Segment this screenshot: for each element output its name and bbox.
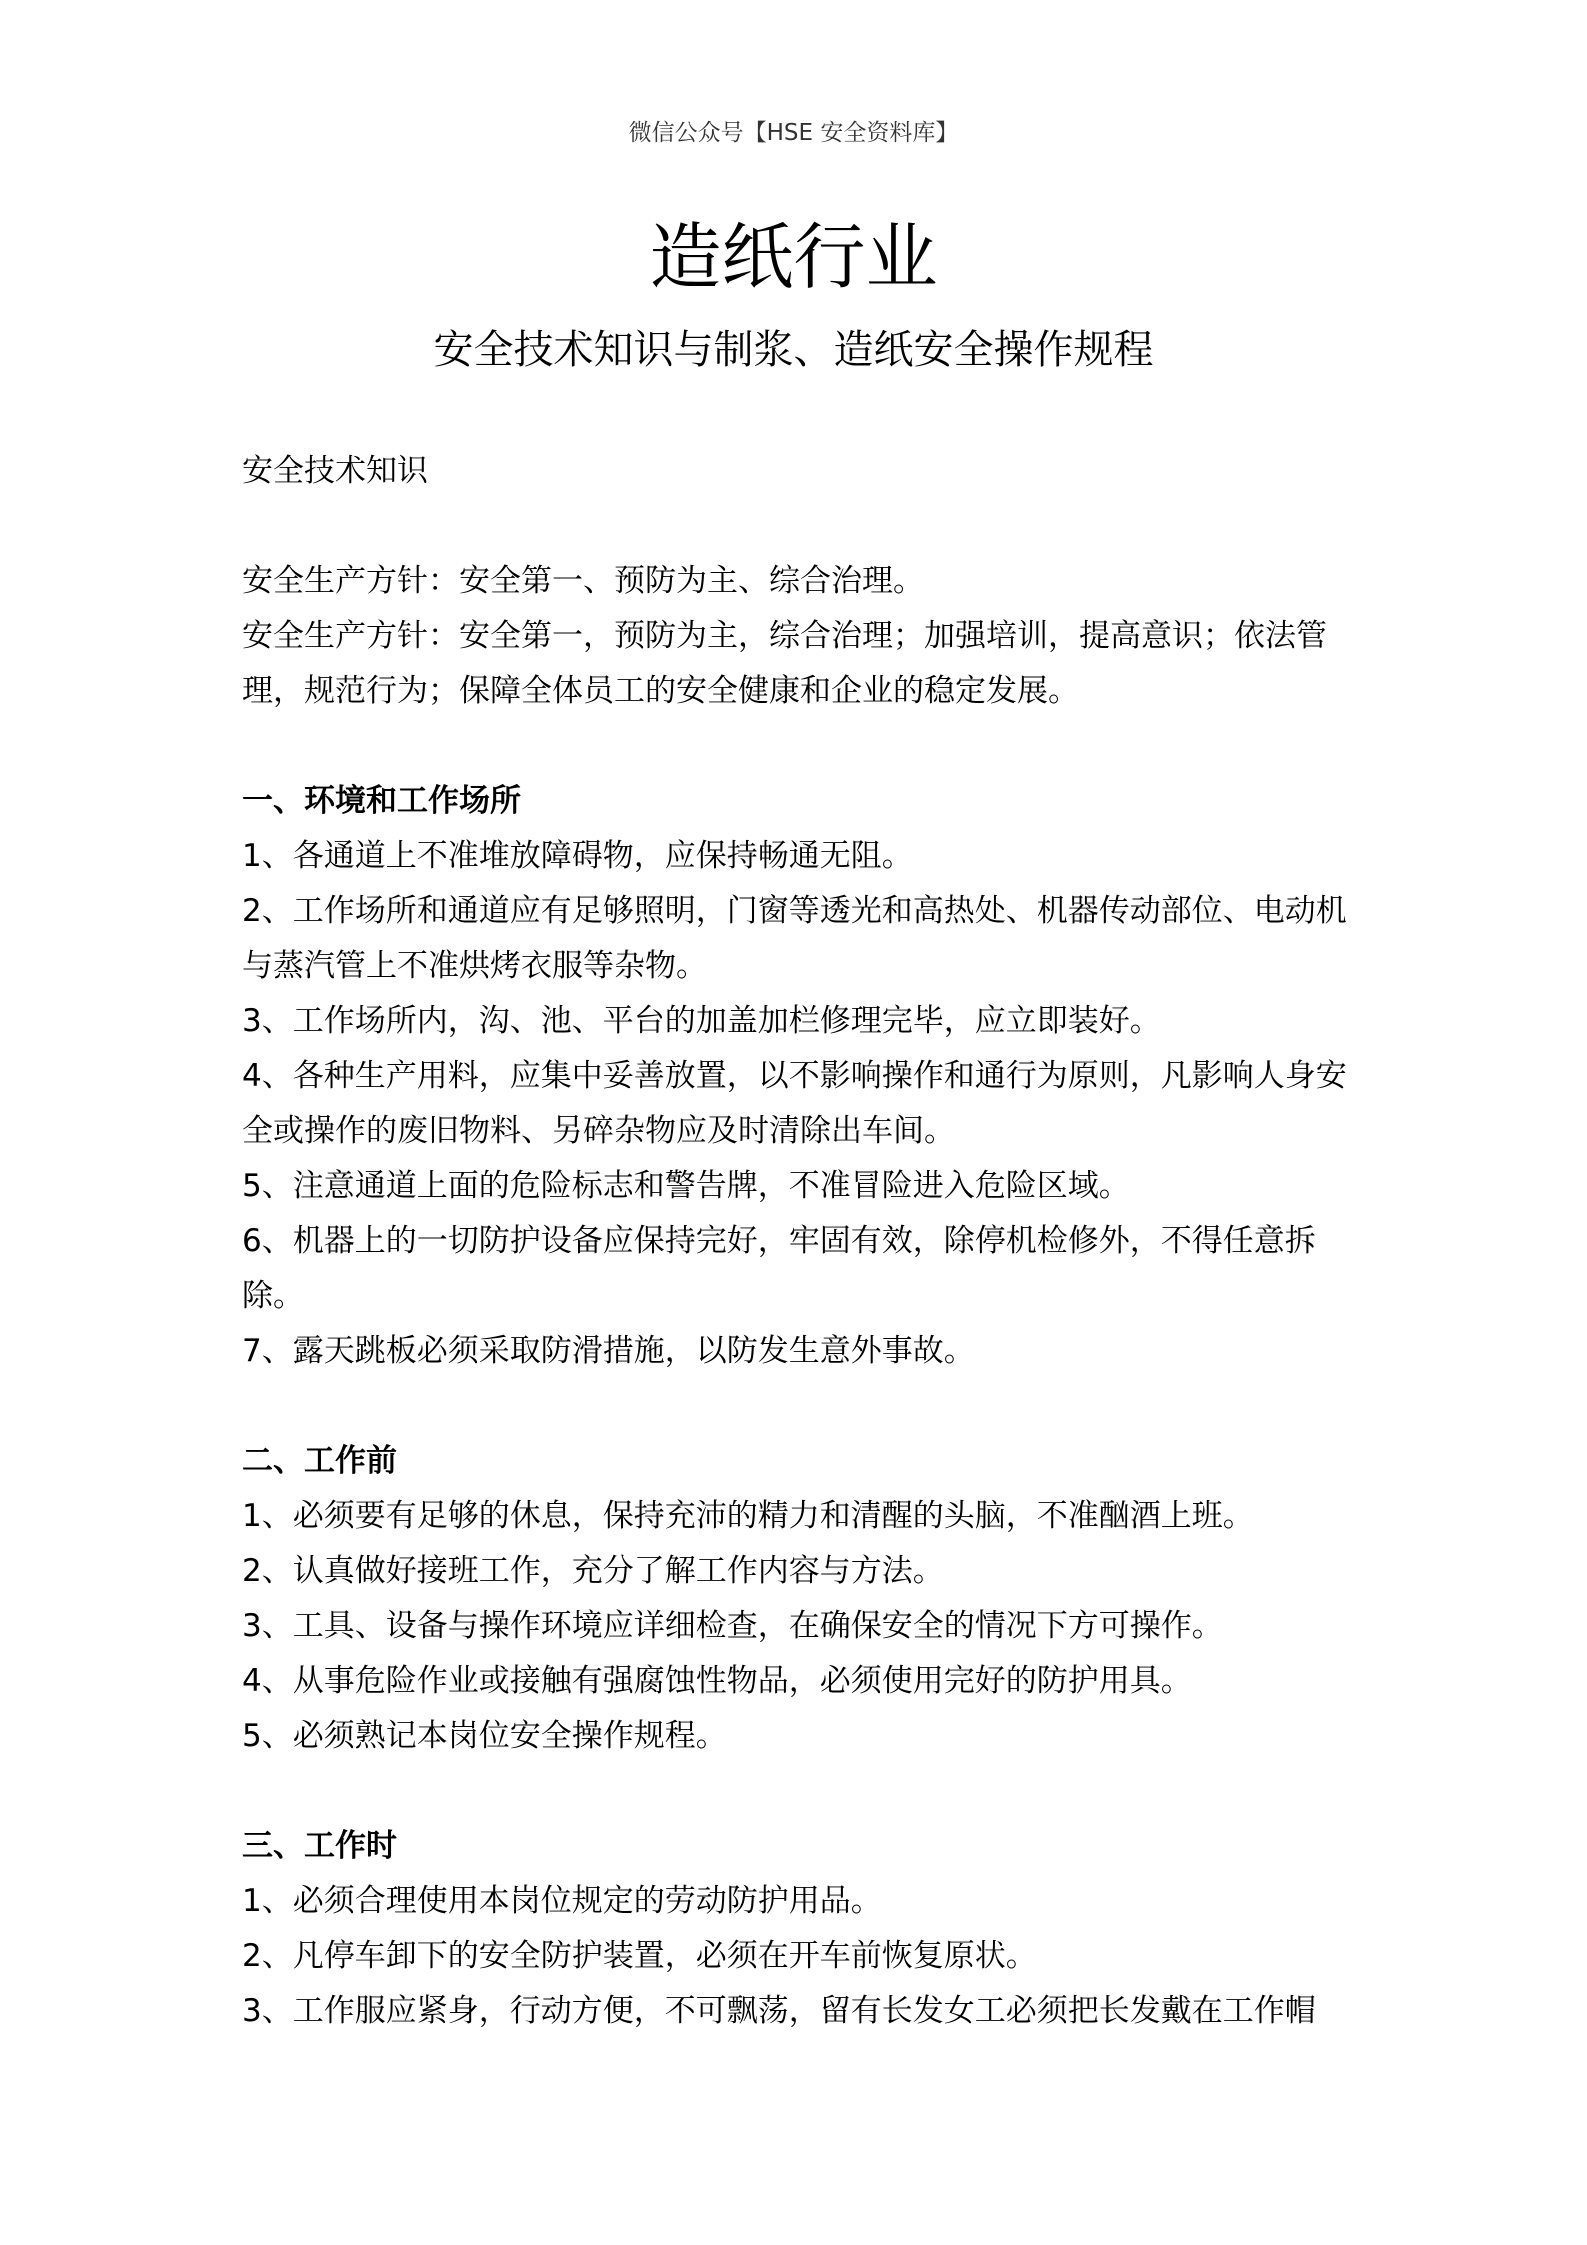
list-item: 5、必须熟记本岗位安全操作规程。	[242, 1709, 1357, 1764]
list-item: 7、露天跳板必须采取防滑措施，以防发生意外事故。	[242, 1324, 1357, 1379]
section-before-work: 二、工作前 1、必须要有足够的休息，保持充沛的精力和清醒的头脑，不准酗酒上班。 …	[242, 1434, 1357, 1764]
list-item: 2、工作场所和通道应有足够照明，门窗等透光和高热处、机器传动部位、电动机与蒸汽管…	[242, 884, 1357, 994]
section-heading: 二、工作前	[242, 1434, 1357, 1489]
list-item: 3、工作服应紧身，行动方便，不可飘荡，留有长发女工必须把长发戴在工作帽	[242, 1984, 1357, 2039]
policy-line: 安全生产方针：安全第一、预防为主、综合治理。	[242, 554, 1357, 609]
section-during-work: 三、工作时 1、必须合理使用本岗位规定的劳动防护用品。 2、凡停车卸下的安全防护…	[242, 1819, 1357, 2039]
list-item: 3、工作场所内，沟、池、平台的加盖加栏修理完毕，应立即装好。	[242, 994, 1357, 1049]
section-environment: 一、环境和工作场所 1、各通道上不准堆放障碍物，应保持畅通无阻。 2、工作场所和…	[242, 774, 1357, 1379]
list-item: 2、凡停车卸下的安全防护装置，必须在开车前恢复原状。	[242, 1929, 1357, 1984]
list-item: 3、工具、设备与操作环境应详细检查，在确保安全的情况下方可操作。	[242, 1599, 1357, 1654]
document-body: 安全技术知识 安全生产方针：安全第一、预防为主、综合治理。 安全生产方针：安全第…	[242, 444, 1357, 2039]
intro-heading: 安全技术知识	[242, 444, 1357, 499]
list-item: 1、必须要有足够的休息，保持充沛的精力和清醒的头脑，不准酗酒上班。	[242, 1489, 1357, 1544]
section-heading: 一、环境和工作场所	[242, 774, 1357, 829]
document-title: 造纸行业	[0, 212, 1587, 302]
list-item: 1、各通道上不准堆放障碍物，应保持畅通无阻。	[242, 829, 1357, 884]
page-header: 微信公众号【HSE 安全资料库】	[0, 114, 1587, 147]
policy-line: 安全生产方针：安全第一，预防为主，综合治理；加强培训，提高意识；依法管理，规范行…	[242, 609, 1357, 719]
list-item: 4、各种生产用料，应集中妥善放置，以不影响操作和通行为原则，凡影响人身安全或操作…	[242, 1049, 1357, 1159]
document-subtitle: 安全技术知识与制浆、造纸安全操作规程	[0, 322, 1587, 378]
list-item: 2、认真做好接班工作，充分了解工作内容与方法。	[242, 1544, 1357, 1599]
list-item: 6、机器上的一切防护设备应保持完好，牢固有效，除停机检修外，不得任意拆除。	[242, 1214, 1357, 1324]
list-item: 1、必须合理使用本岗位规定的劳动防护用品。	[242, 1874, 1357, 1929]
list-item: 4、从事危险作业或接触有强腐蚀性物品，必须使用完好的防护用具。	[242, 1654, 1357, 1709]
section-heading: 三、工作时	[242, 1819, 1357, 1874]
list-item: 5、注意通道上面的危险标志和警告牌，不准冒险进入危险区域。	[242, 1159, 1357, 1214]
